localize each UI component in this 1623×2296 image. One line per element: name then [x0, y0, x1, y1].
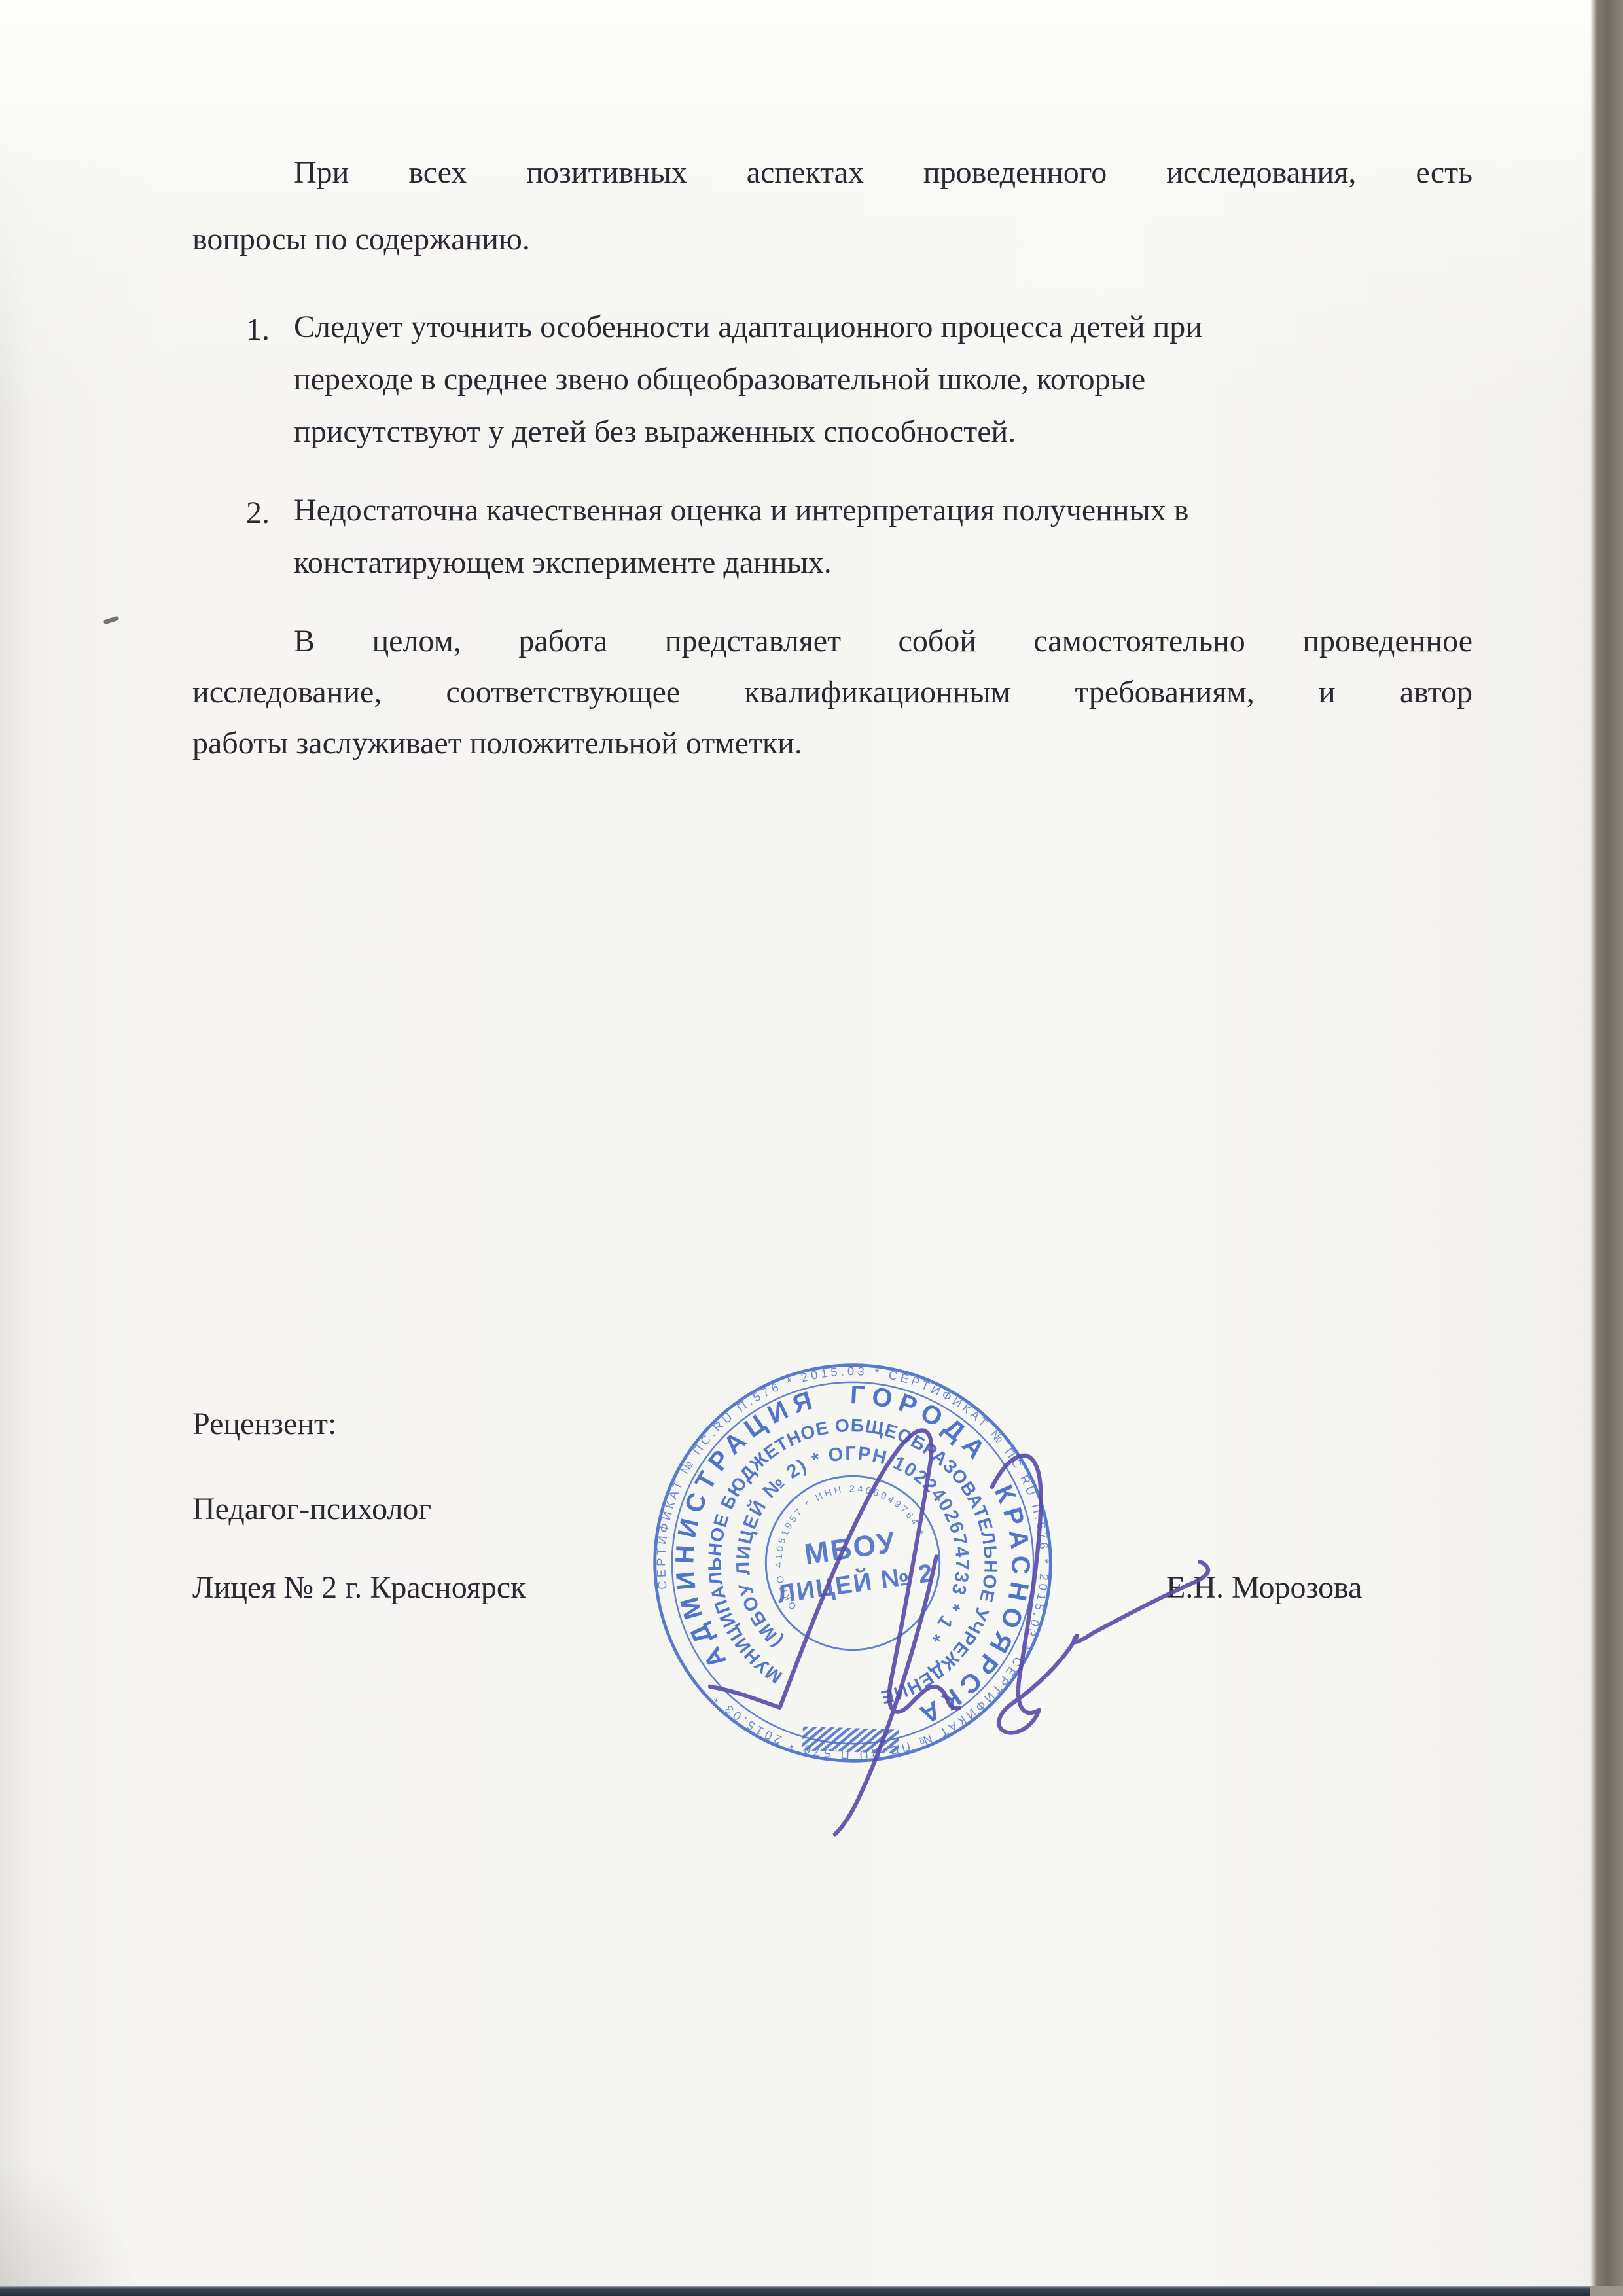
text-line: работы заслуживает положительной отметки…: [192, 728, 1472, 779]
list-number: 1.: [246, 312, 270, 348]
text-line: Недостаточна качественная оценка и интер…: [294, 495, 1446, 547]
intro-paragraph: При всех позитивных аспектах проведенног…: [192, 157, 1472, 291]
signature-scrawl: [650, 1360, 1252, 1867]
ink-speck: [103, 615, 120, 624]
text-line: присутствуют у детей без выраженных спос…: [294, 416, 1446, 469]
text-line: вопросы по содержанию.: [192, 224, 1472, 291]
text-line: При всех позитивных аспектах проведенног…: [192, 157, 1472, 224]
reviewer-label: Рецензент:: [192, 1408, 336, 1440]
reviewer-organization: Лицея № 2 г. Красноярск: [192, 1572, 526, 1604]
text-line: Следует уточнить особенности адаптационн…: [294, 312, 1446, 364]
text-line: переходе в среднее звено общеобразовател…: [294, 364, 1446, 416]
signature-stroke-left: [710, 1430, 959, 1712]
scanned-review-page: При всех позитивных аспектах проведенног…: [0, 0, 1623, 2296]
scan-right-edge: [1590, 0, 1623, 2296]
text-line: исследование, соответствующее квалификац…: [192, 677, 1472, 728]
scan-bottom-edge: [0, 2286, 1594, 2296]
list-item-1: 1. Следует уточнить особенности адаптаци…: [294, 312, 1446, 469]
signature-stroke-right: [992, 1456, 1208, 1733]
reviewer-position: Педагог-психолог: [192, 1494, 431, 1525]
scan-bottom-right-edge: [1590, 2286, 1623, 2296]
list-number: 2.: [246, 495, 270, 531]
text-line: констатирующем эксперименте данных.: [294, 547, 1446, 600]
conclusion-paragraph: В целом, работа представляет собой самос…: [192, 626, 1472, 779]
text-line: В целом, работа представляет собой самос…: [192, 626, 1472, 677]
list-item-2: 2. Недостаточна качественная оценка и ин…: [294, 495, 1446, 600]
